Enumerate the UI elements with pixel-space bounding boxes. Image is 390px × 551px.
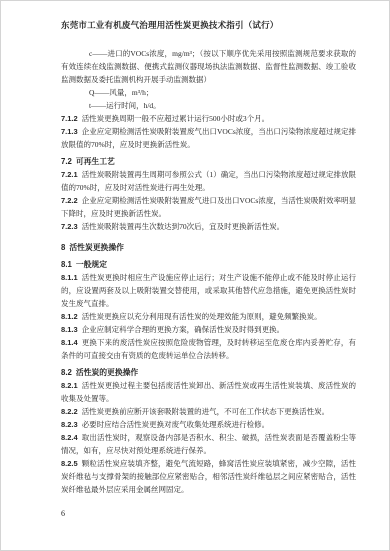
- clause-paragraph: 8.1.3企业应制定科学合理的更换方案，确保活性炭及时得到更换。: [61, 323, 356, 336]
- clause-number: 7.2.3: [61, 222, 78, 231]
- clause-number: 8.2.3: [61, 420, 78, 429]
- section-title: 一般规定: [76, 260, 107, 269]
- clause-number: 7.1.3: [61, 127, 78, 136]
- chapter-number: 8: [61, 243, 65, 252]
- section-number: 8.2: [61, 368, 72, 377]
- definition-paragraph: c——进口的VOCs浓度，mg/m³；（按以下顺序优先采用按照监测规范要求获取的…: [61, 47, 356, 86]
- section-heading: 8.2活性炭的更换操作: [61, 366, 356, 379]
- clause-text: 颗粒活性炭应装填齐整，避免气流短路，蜂窝活性炭应装填紧密，减少空隙，活性炭纤维毡…: [61, 459, 356, 494]
- chapter-title: 活性炭更换操作: [69, 243, 124, 252]
- clause-paragraph: 7.2.2企业应定期检测活性炭吸附装置废气进口及出口VOCs浓度，当活性炭吸附效…: [61, 194, 356, 220]
- page-header-title: 东莞市工业有机废气治理用活性炭更换技术指引（试行）: [61, 19, 356, 31]
- clause-text: 活性炭更换过程主要包括废活性炭卸出、新活性炭或再生活性炭装填、废活性炭的收集及处…: [61, 381, 356, 403]
- section-number: 7.2: [61, 157, 72, 166]
- clause-text: 活性炭吸附装置再生周期可参照公式（1）确定，当出口污染物浓度超过规定排放限值的7…: [61, 170, 356, 192]
- definition-text: c——进口的VOCs浓度，mg/m³；（按以下顺序优先采用按照监测规范要求获取的…: [61, 49, 356, 84]
- definition-text: t——运行时间，h/d。: [89, 101, 161, 110]
- clause-number: 7.2.1: [61, 170, 78, 179]
- clause-paragraph: 7.2.1活性炭吸附装置再生周期可参照公式（1）确定，当出口污染物浓度超过规定排…: [61, 168, 356, 194]
- clause-paragraph: 7.2.3活性炭吸附装置再生次数达到70次后，宜及时更换新活性炭。: [61, 220, 356, 233]
- clause-number: 8.2.2: [61, 407, 78, 416]
- clause-text: 必要时应结合活性炭更换对废气收集处理系统进行检修。: [82, 420, 270, 429]
- clause-paragraph: 7.1.3企业应定期检测活性炭吸附装置废气出口VOCs浓度，当出口污染物浓度超过…: [61, 125, 356, 151]
- clause-paragraph: 8.2.2活性炭更换前应断开该套吸附装置的进气，不可在工作状态下更换活性炭。: [61, 405, 356, 418]
- clause-number: 8.1.4: [61, 338, 78, 347]
- clause-paragraph: 7.1.2活性炭更换周期一般不应超过累计运行500小时或3个月。: [61, 112, 356, 125]
- clause-text: 更换下来的废活性炭应按照危险废物管理，及时转移运至危废仓库内妥善贮存，有条件的可…: [61, 338, 356, 360]
- clause-number: 8.2.1: [61, 381, 78, 390]
- section-title: 活性炭的更换操作: [76, 368, 138, 377]
- clause-number: 7.1.2: [61, 114, 78, 123]
- clause-text: 活性炭更换时相应生产设施应停止运行；对生产设施不能停止或不能及时停止运行的，应设…: [61, 273, 356, 308]
- clause-text: 活性炭更换前应断开该套吸附装置的进气，不可在工作状态下更换活性炭。: [82, 407, 330, 416]
- clause-text: 企业应定期检测活性炭吸附装置废气进口及出口VOCs浓度，当活性炭吸附效率明显下降…: [61, 196, 356, 218]
- clause-text: 企业应定期检测活性炭吸附装置废气出口VOCs浓度，当出口污染物浓度超过规定排放限…: [61, 127, 356, 149]
- section-heading: 8.1一般规定: [61, 258, 356, 271]
- clause-text: 活性炭吸附装置再生次数达到70次后，宜及时更换新活性炭。: [82, 222, 285, 231]
- clause-number: 8.2.5: [61, 459, 78, 468]
- definition-text: Q——风量，m³/h；: [89, 88, 153, 97]
- clause-number: 8.1.1: [61, 273, 78, 282]
- section-number: 8.1: [61, 260, 72, 269]
- clause-paragraph: 8.2.3必要时应结合活性炭更换对废气收集处理系统进行检修。: [61, 418, 356, 431]
- definition-paragraph: t——运行时间，h/d。: [61, 99, 356, 112]
- clause-paragraph: 8.1.1活性炭更换时相应生产设施应停止运行；对生产设施不能停止或不能及时停止运…: [61, 271, 356, 310]
- clause-text: 取出活性炭时，观察设备内部是否积水、积尘、破损，活性炭表面是否覆盖粉尘等情况，如…: [61, 433, 356, 455]
- definition-paragraph: Q——风量，m³/h；: [61, 86, 356, 99]
- clause-paragraph: 8.1.4更换下来的废活性炭应按照危险废物管理，及时转移运至危废仓库内妥善贮存，…: [61, 336, 356, 362]
- clause-paragraph: 8.2.5颗粒活性炭应装填齐整，避免气流短路，蜂窝活性炭应装填紧密，减少空隙，活…: [61, 457, 356, 496]
- clause-text: 活性炭更换应以充分利用现有活性炭的处理效能为原则，避免频繁换炭。: [82, 312, 322, 321]
- clause-text: 企业应制定科学合理的更换方案，确保活性炭及时得到更换。: [82, 325, 285, 334]
- page-number: 6: [61, 509, 65, 519]
- section-title: 可再生工艺: [76, 157, 115, 166]
- chapter-heading: 8活性炭更换操作: [61, 241, 356, 254]
- clause-paragraph: 8.2.1活性炭更换过程主要包括废活性炭卸出、新活性炭或再生活性炭装填、废活性炭…: [61, 379, 356, 405]
- clause-paragraph: 8.1.2活性炭更换应以充分利用现有活性炭的处理效能为原则，避免频繁换炭。: [61, 310, 356, 323]
- clause-number: 8.1.2: [61, 312, 78, 321]
- clause-number: 8.1.3: [61, 325, 78, 334]
- section-heading: 7.2可再生工艺: [61, 155, 356, 168]
- clause-number: 8.2.4: [61, 433, 78, 442]
- clause-number: 7.2.2: [61, 196, 78, 205]
- clause-text: 活性炭更换周期一般不应超过累计运行500小时或3个月。: [82, 114, 270, 123]
- clause-paragraph: 8.2.4取出活性炭时，观察设备内部是否积水、积尘、破损，活性炭表面是否覆盖粉尘…: [61, 431, 356, 457]
- document-page: 东莞市工业有机废气治理用活性炭更换技术指引（试行） c——进口的VOCs浓度，m…: [0, 0, 390, 551]
